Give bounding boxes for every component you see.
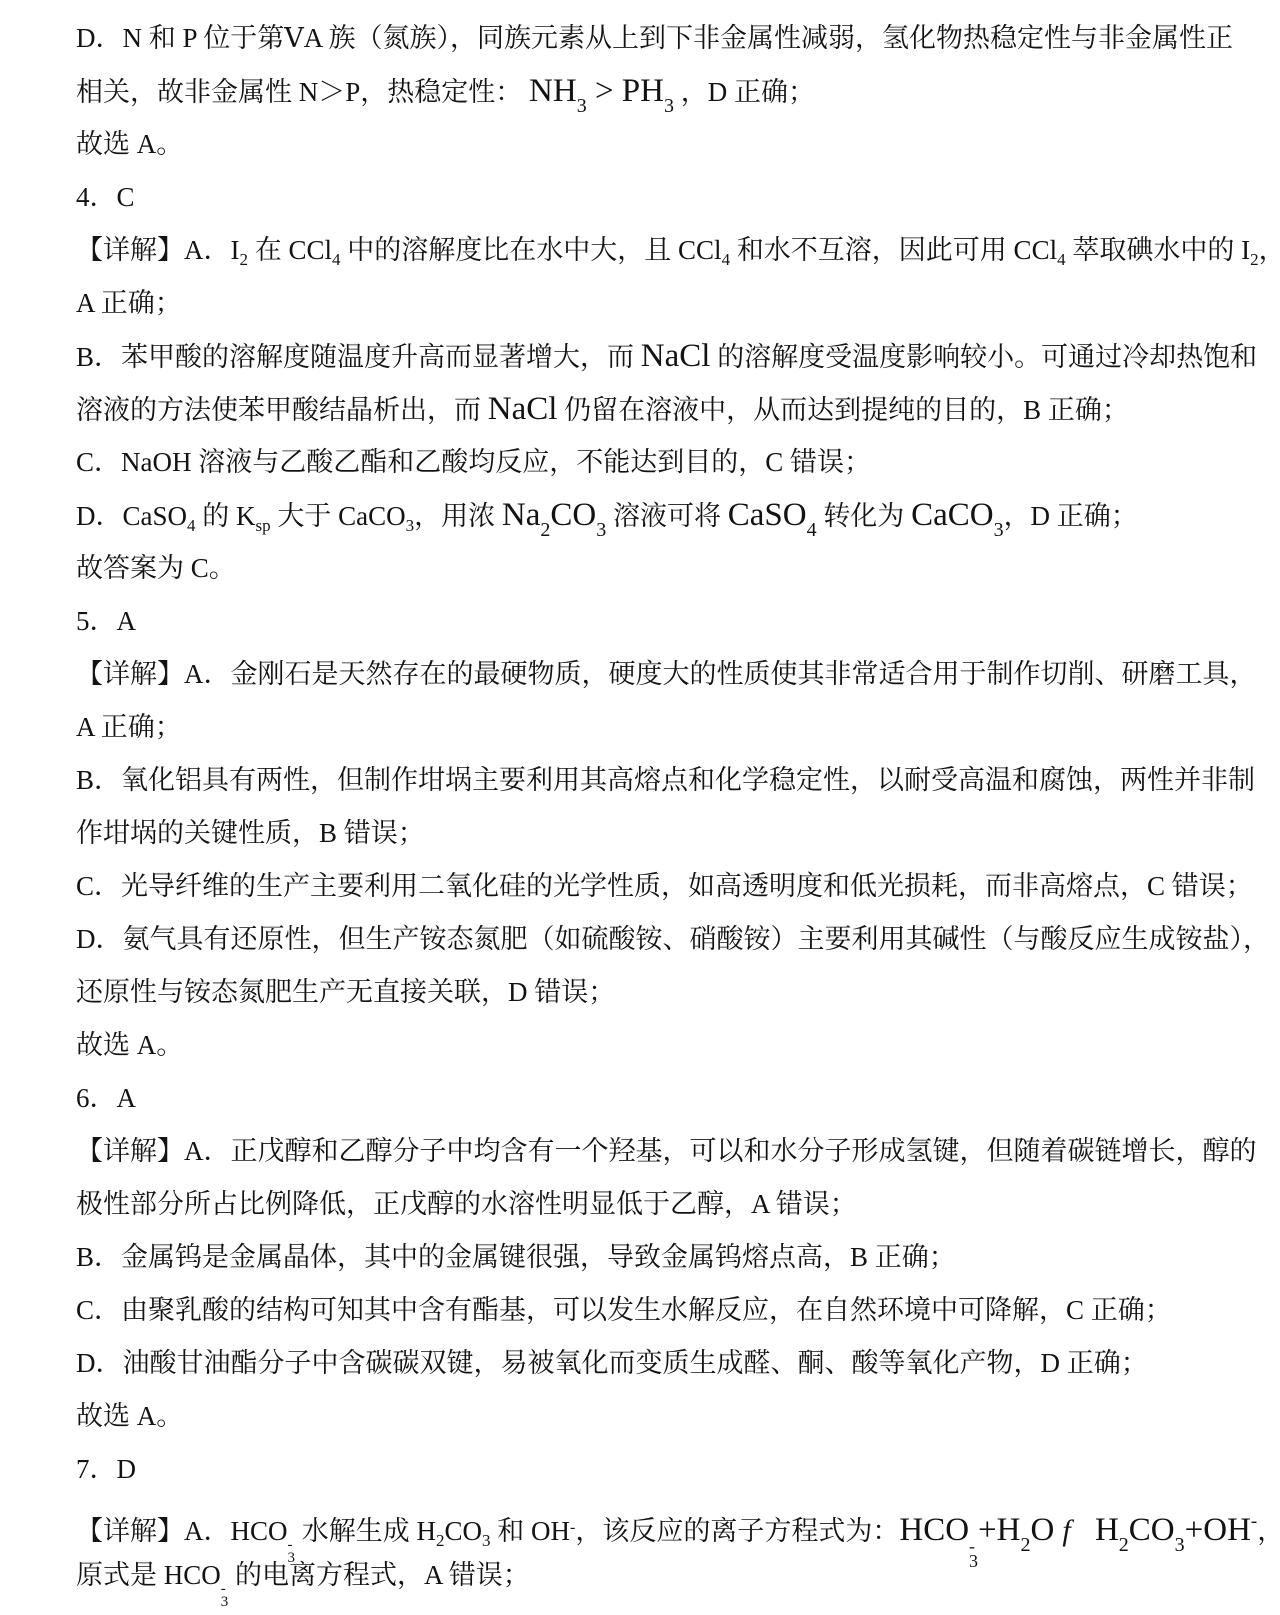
text-line: 故答案为 C。 bbox=[76, 551, 1225, 585]
body-text: 极性部分所占比例降低，正戊醇的水溶性明显低于乙醇，A 错误； bbox=[76, 1189, 857, 1219]
body-text: ，该反应的离子方程式为： bbox=[575, 1516, 899, 1546]
subscript: 2 bbox=[436, 1531, 445, 1550]
body-text: ， bbox=[1259, 235, 1280, 265]
body-text: A 正确； bbox=[76, 712, 182, 742]
body-text: D．油酸甘油酯分子中含碳碳双键，易被氧化而变质生成醛、酮、酸等氧化产物，D 正确… bbox=[76, 1348, 1148, 1378]
text-line: A 正确； bbox=[76, 710, 1225, 744]
text-line: 故选 A。 bbox=[76, 127, 1225, 161]
body-text: 【详解】A．正戊醇和乙醇分子中均含有一个羟基，可以和水分子形成氢键，但随着碳链增… bbox=[76, 1136, 1257, 1166]
body-text: A 正确； bbox=[76, 288, 182, 318]
body-text: 原式是 HCO bbox=[76, 1560, 221, 1590]
formula-text: +OH bbox=[1185, 1512, 1251, 1548]
text-line: D．氨气具有还原性，但生产铵态氮肥（如硫酸铵、硝酸铵）主要利用其碱性（与酸反应生… bbox=[76, 922, 1225, 956]
formula-text: NaCl bbox=[641, 338, 711, 374]
subscript: 3 bbox=[406, 516, 415, 535]
body-text: D．CaSO bbox=[76, 501, 187, 531]
formula-subscript: 3 bbox=[664, 95, 674, 117]
text-line: 6．A bbox=[76, 1081, 1225, 1115]
text-line: 4．C bbox=[76, 180, 1225, 214]
body-text: 还原性与铵态氮肥生产无直接关联，D 错误； bbox=[76, 977, 615, 1007]
body-text: C．NaOH 溶液与乙酸乙酯和乙酸均反应，不能达到目的，C 错误； bbox=[76, 447, 871, 477]
body-text: 水解生成 H bbox=[295, 1516, 436, 1546]
text-line: 7．D bbox=[76, 1452, 1225, 1486]
formula-subscript: 4 bbox=[807, 519, 817, 541]
text-line: 【详解】A．I2 在 CCl4 中的溶解度比在水中大，且 CCl4 和水不互溶，… bbox=[76, 233, 1225, 267]
body-text: B．氧化铝具有两性，但制作坩埚主要利用其高熔点和化学稳定性，以耐受高温和腐蚀，两… bbox=[76, 765, 1255, 795]
formula-text: +H bbox=[978, 1512, 1020, 1548]
formula-subscript: 3 bbox=[1175, 1534, 1185, 1556]
subscript: 2 bbox=[1250, 250, 1259, 269]
body-text: 【详解】A．I bbox=[76, 235, 240, 265]
subscript: 2 bbox=[240, 250, 249, 269]
body-text: ，用浓 bbox=[414, 501, 502, 531]
text-line: 作坩埚的关键性质，B 错误； bbox=[76, 816, 1225, 850]
document-page: D．N 和 P 位于第ⅤA 族（氮族），同族元素从上到下非金属性减弱，氢化物热稳… bbox=[0, 0, 1280, 1615]
text-line: B．金属钨是金属晶体，其中的金属键很强，导致金属钨熔点高，B 正确； bbox=[76, 1240, 1225, 1274]
body-text: ，D 正确； bbox=[1004, 501, 1138, 531]
subscript: 4 bbox=[1057, 250, 1066, 269]
body-text: 【详解】A．金刚石是天然存在的最硬物质，硬度大的性质使其非常适合用于制作切削、研… bbox=[76, 659, 1257, 689]
formula-text: NH bbox=[529, 73, 577, 109]
body-text: 【详解】A．HCO bbox=[76, 1516, 288, 1546]
text-line: D．N 和 P 位于第ⅤA 族（氮族），同族元素从上到下非金属性减弱，氢化物热稳… bbox=[76, 21, 1225, 55]
body-text: 7．D bbox=[76, 1454, 136, 1484]
text-line: B．苯甲酸的溶解度随温度升高而显著增大，而 NaCl 的溶解度受温度影响较小。可… bbox=[76, 339, 1225, 373]
text-line: 相关，故非金属性 N＞P，热稳定性： NH3 > PH3 ，D 正确； bbox=[76, 74, 1225, 108]
subscript: sp bbox=[256, 516, 271, 535]
text-line: A 正确； bbox=[76, 286, 1225, 320]
formula-subscript: 3 bbox=[994, 519, 1004, 541]
body-text: 的 K bbox=[196, 501, 256, 531]
text-line: 【详解】A．金刚石是天然存在的最硬物质，硬度大的性质使其非常适合用于制作切削、研… bbox=[76, 657, 1225, 691]
body-text: C．光导纤维的生产主要利用二氧化硅的光学性质，如高透明度和低光损耗，而非高熔点，… bbox=[76, 871, 1253, 901]
formula-subscript: 2 bbox=[1021, 1534, 1031, 1556]
body-text: 溶液可将 bbox=[606, 501, 728, 531]
formula-text: CaCO bbox=[911, 497, 994, 533]
text-line: C．NaOH 溶液与乙酸乙酯和乙酸均反应，不能达到目的，C 错误； bbox=[76, 445, 1225, 479]
body-text: B．苯甲酸的溶解度随温度升高而显著增大，而 bbox=[76, 342, 641, 372]
formula-text: CO bbox=[550, 497, 596, 533]
text-line: C．由聚乳酸的结构可知其中含有酯基，可以发生水解反应，在自然环境中可降解，C 正… bbox=[76, 1293, 1225, 1327]
text-line: 故选 A。 bbox=[76, 1028, 1225, 1062]
subscript: 4 bbox=[187, 516, 196, 535]
body-text: 的电离方程式，A 错误； bbox=[228, 1560, 530, 1590]
subscript: 4 bbox=[722, 250, 731, 269]
body-text: 故选 A。 bbox=[76, 129, 183, 159]
formula-subscript: 3 bbox=[577, 95, 587, 117]
stack-subscript: 3 bbox=[221, 1595, 229, 1609]
text-line: 溶液的方法使苯甲酸结晶析出，而 NaCl 仍留在溶液中，从而达到提纯的目的，B … bbox=[76, 392, 1225, 426]
body-text: 和水不互溶，因此可用 CCl bbox=[730, 235, 1057, 265]
text-line: C．光导纤维的生产主要利用二氧化硅的光学性质，如高透明度和低光损耗，而非高熔点，… bbox=[76, 869, 1225, 903]
body-text: C．由聚乳酸的结构可知其中含有酯基，可以发生水解反应，在自然环境中可降解，C 正… bbox=[76, 1295, 1172, 1325]
body-text: CO bbox=[445, 1516, 483, 1546]
subscript: 4 bbox=[332, 250, 341, 269]
text-line: 【详解】A．正戊醇和乙醇分子中均含有一个羟基，可以和水分子形成氢键，但随着碳链增… bbox=[76, 1134, 1225, 1168]
text-line: D．CaSO4 的 Ksp 大于 CaCO3，用浓 Na2CO3 溶液可将 Ca… bbox=[76, 498, 1225, 532]
body-text: 萃取碘水中的 I bbox=[1066, 235, 1251, 265]
formula-subscript: 3 bbox=[596, 519, 606, 541]
text-line: D．油酸甘油酯分子中含碳碳双键，易被氧化而变质生成醛、酮、酸等氧化产物，D 正确… bbox=[76, 1346, 1225, 1380]
text-line: 极性部分所占比例降低，正戊醇的水溶性明显低于乙醇，A 错误； bbox=[76, 1187, 1225, 1221]
body-text: B．金属钨是金属晶体，其中的金属键很强，导致金属钨熔点高，B 正确； bbox=[76, 1242, 956, 1272]
text-line: 还原性与铵态氮肥生产无直接关联，D 错误； bbox=[76, 975, 1225, 1009]
body-text: 大于 CaCO bbox=[271, 501, 406, 531]
body-text: 和 OH bbox=[491, 1516, 571, 1546]
body-text: 中的溶解度比在水中大，且 CCl bbox=[341, 235, 722, 265]
body-text: ， bbox=[1257, 1516, 1280, 1546]
stack-subscript: 3 bbox=[969, 1553, 978, 1570]
body-text: 相关，故非金属性 N＞P，热稳定性： bbox=[76, 77, 529, 107]
subscript: 3 bbox=[482, 1531, 491, 1550]
text-line: 【详解】A．HCO-3 水解生成 H2CO3 和 OH-，该反应的离子方程式为：… bbox=[76, 1505, 1225, 1539]
formula-text: CaSO bbox=[728, 497, 807, 533]
equilibrium-symbol: f bbox=[1054, 1514, 1086, 1547]
formula-text: HCO bbox=[899, 1512, 969, 1548]
body-text: 转化为 bbox=[817, 501, 912, 531]
body-text: 仍留在溶液中，从而达到提纯的目的，B 正确； bbox=[557, 395, 1129, 425]
text-line: 故选 A。 bbox=[76, 1399, 1225, 1433]
body-text: 故选 A。 bbox=[76, 1030, 183, 1060]
formula-subscript: 2 bbox=[1119, 1534, 1129, 1556]
body-text: 作坩埚的关键性质，B 错误； bbox=[76, 818, 425, 848]
body-text: 4．C bbox=[76, 182, 135, 212]
formula-text: CO bbox=[1129, 1512, 1175, 1548]
body-text: 溶液的方法使苯甲酸结晶析出，而 bbox=[76, 395, 488, 425]
body-text: D．氨气具有还原性，但生产铵态氮肥（如硫酸铵、硝酸铵）主要利用其碱性（与酸反应生… bbox=[76, 924, 1270, 954]
body-text: 5．A bbox=[76, 606, 136, 636]
text-line: 5．A bbox=[76, 604, 1225, 638]
body-text: 故答案为 C。 bbox=[76, 553, 236, 583]
formula-subscript: 2 bbox=[540, 519, 550, 541]
formula-text: O bbox=[1031, 1512, 1055, 1548]
formula-text: H bbox=[1087, 1512, 1119, 1548]
text-line: 原式是 HCO-3 的电离方程式，A 错误； bbox=[76, 1558, 1225, 1592]
formula-text: Na bbox=[502, 497, 540, 533]
body-text: 故选 A。 bbox=[76, 1401, 183, 1431]
text-line: B．氧化铝具有两性，但制作坩埚主要利用其高熔点和化学稳定性，以耐受高温和腐蚀，两… bbox=[76, 763, 1225, 797]
formula-text: NaCl bbox=[488, 391, 558, 427]
body-text: 的溶解度受温度影响较小。可通过冷却热饱和 bbox=[710, 342, 1257, 372]
formula-text: > PH bbox=[587, 73, 664, 109]
body-text: D．N 和 P 位于第ⅤA 族（氮族），同族元素从上到下非金属性减弱，氢化物热稳… bbox=[76, 23, 1233, 53]
body-text: 在 CCl bbox=[248, 235, 332, 265]
formula-subsup-stack: -3 bbox=[969, 1540, 978, 1570]
body-text: 6．A bbox=[76, 1083, 136, 1113]
body-text: ，D 正确； bbox=[674, 77, 815, 107]
